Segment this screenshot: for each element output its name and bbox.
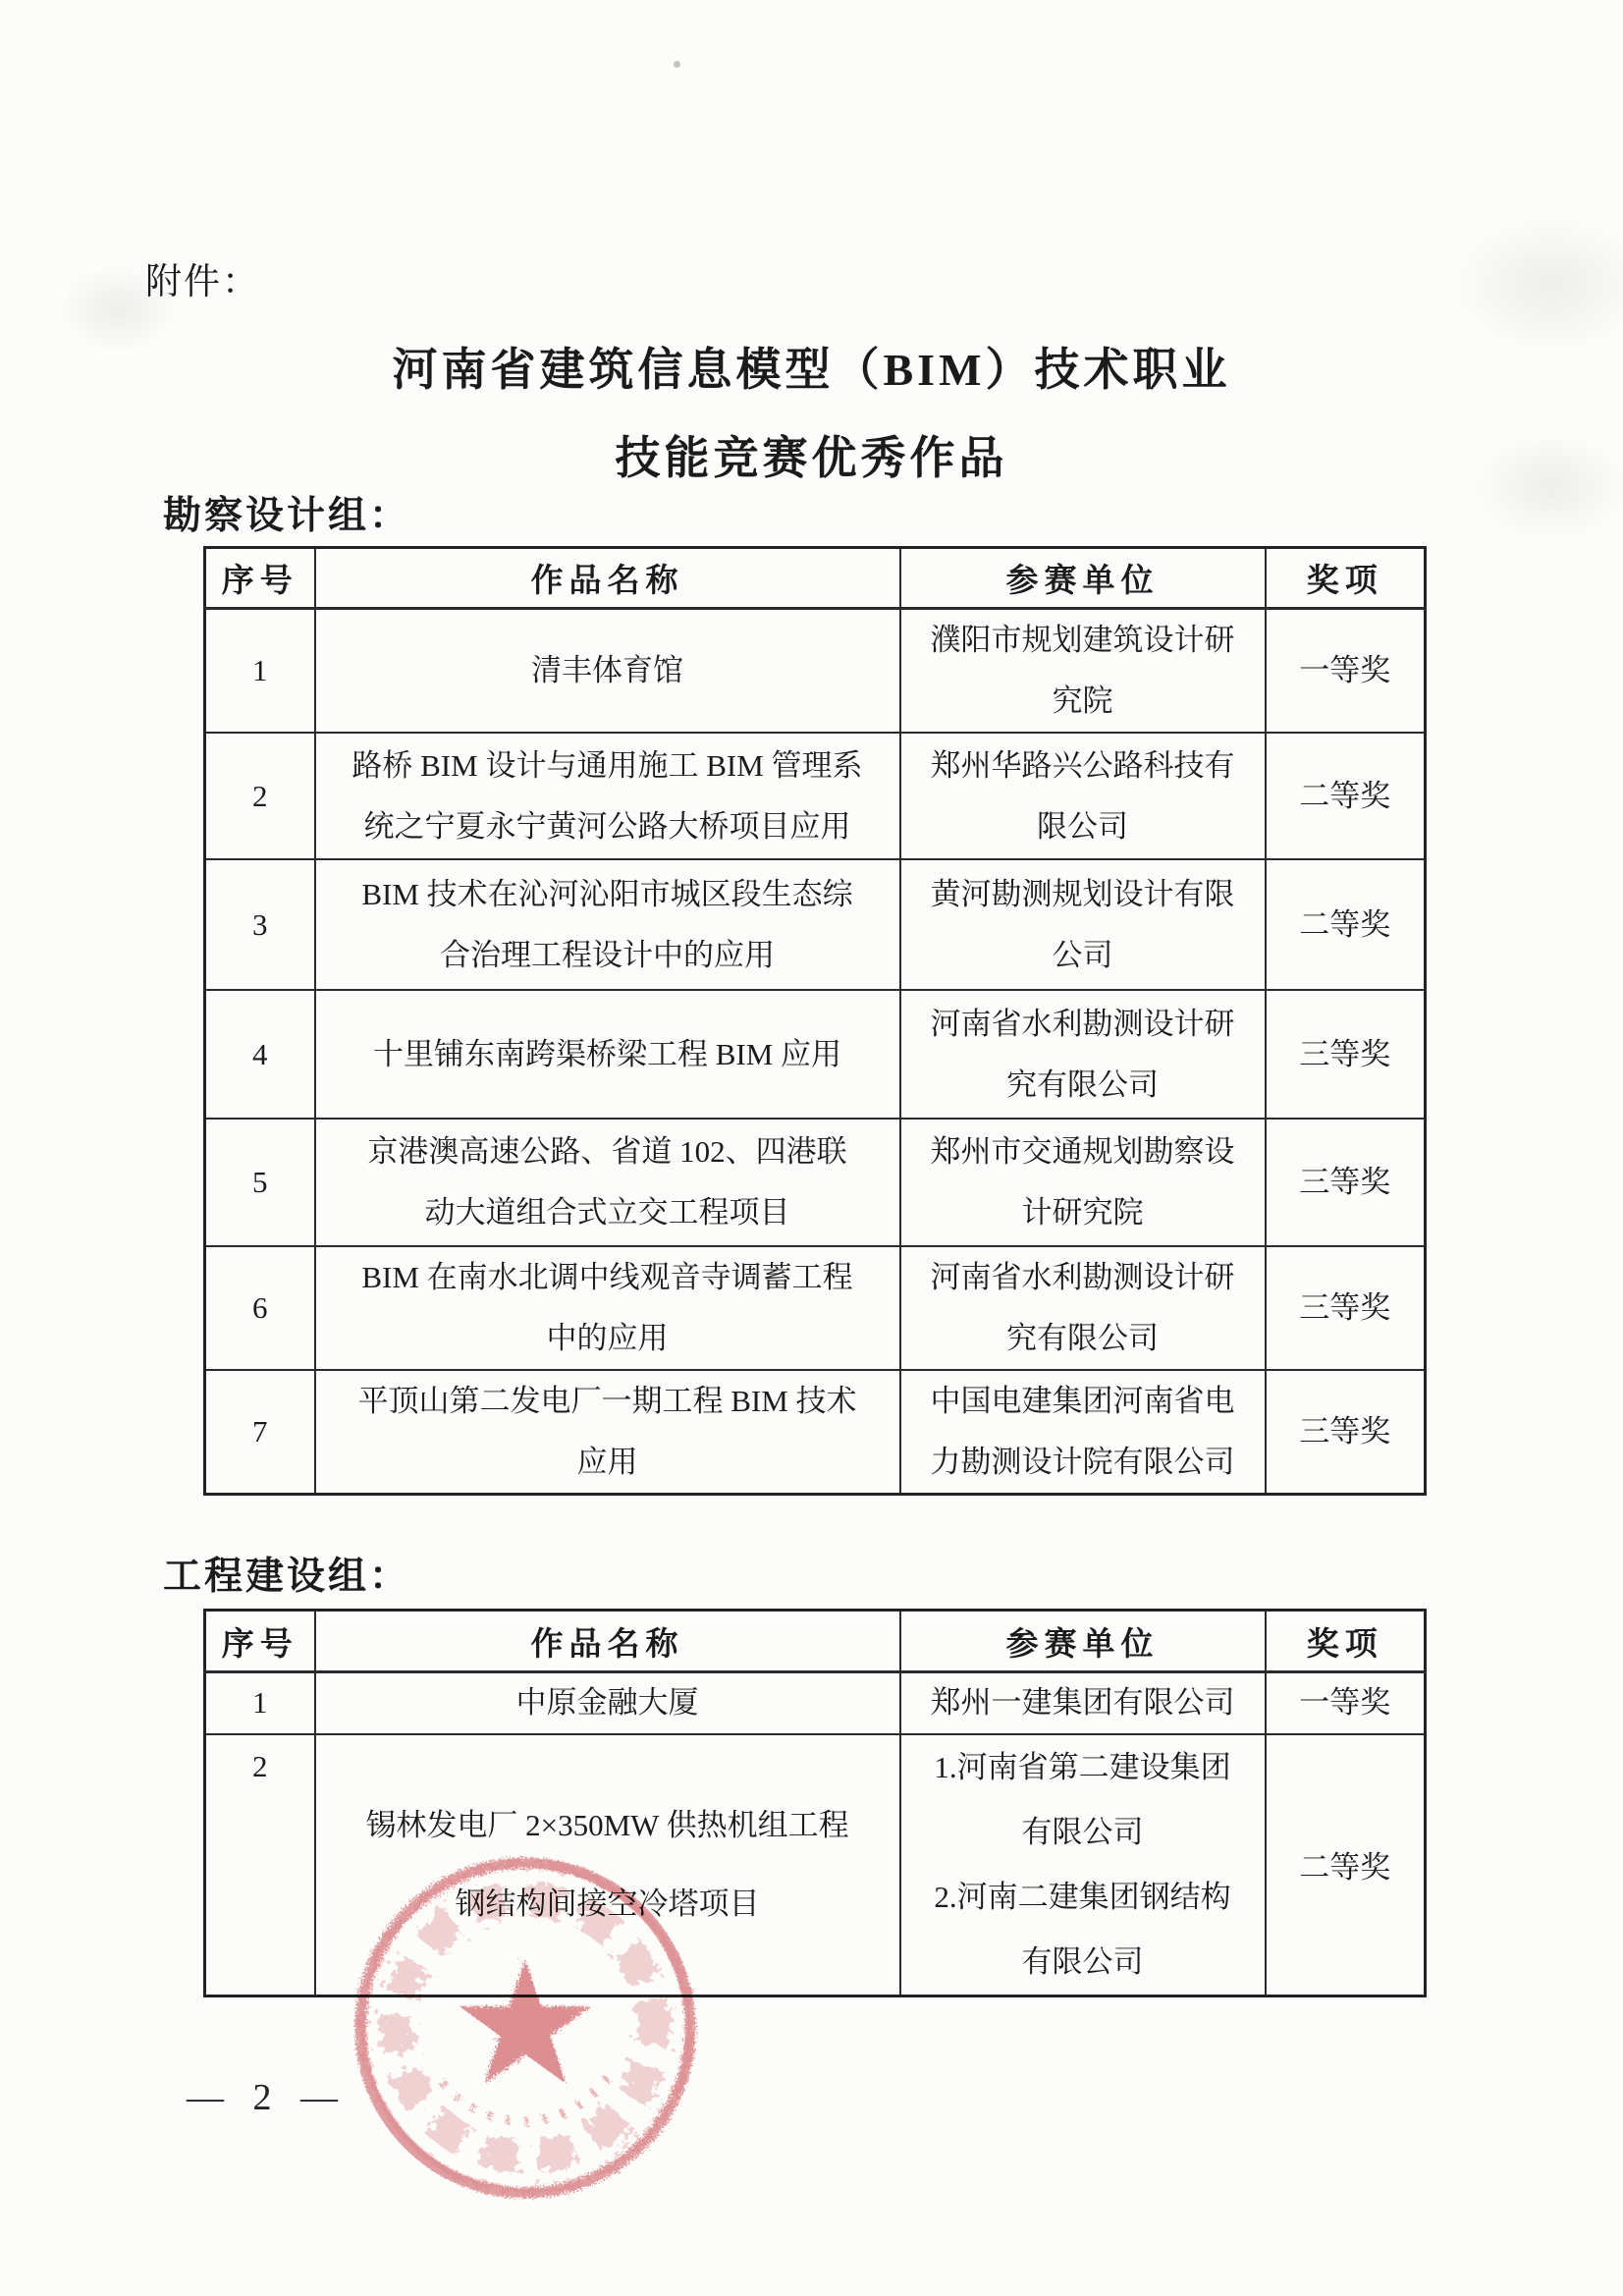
table-row: 6 BIM 在南水北调中线观音寺调蓄工程 中的应用 河南省水利勘测设计研 究有限… bbox=[205, 1246, 1426, 1370]
table-row: 1 中原金融大厦 郑州一建集团有限公司 一等奖 bbox=[205, 1672, 1426, 1734]
cell-work-name: BIM 在南水北调中线观音寺调蓄工程 中的应用 bbox=[315, 1246, 900, 1370]
table-row: 5 京港澳高速公路、省道 102、四港联 动大道组合式立交工程项目 郑州市交通规… bbox=[205, 1119, 1426, 1246]
cell-unit: 1.河南省第二建设集团 有限公司 2.河南二建集团钢结构 有限公司 bbox=[900, 1734, 1266, 1996]
col-header-work-name: 作品名称 bbox=[315, 1611, 900, 1672]
document-page: 附件： 河南省建筑信息模型（BIM）技术职业 技能竞赛优秀作品 勘察设计组： 序… bbox=[0, 0, 1623, 2296]
construction-awards-table: 序号 作品名称 参赛单位 奖项 1 中原金融大厦 郑州一建集团有限公司 一等奖 … bbox=[203, 1609, 1427, 1997]
table-header-row: 序号 作品名称 参赛单位 奖项 bbox=[205, 1611, 1426, 1672]
table-row: 4 十里铺东南跨渠桥梁工程 BIM 应用 河南省水利勘测设计研 究有限公司 三等… bbox=[205, 990, 1426, 1119]
cell-work-name: 平顶山第二发电厂一期工程 BIM 技术 应用 bbox=[315, 1370, 900, 1495]
cell-seq: 1 bbox=[205, 609, 315, 734]
cell-seq: 6 bbox=[205, 1246, 315, 1370]
survey-design-awards-table: 序号 作品名称 参赛单位 奖项 1 清丰体育馆 濮阳市规划建筑设计研 究院 一等… bbox=[203, 546, 1427, 1496]
attachment-label: 附件： bbox=[145, 251, 260, 304]
cell-unit: 黄河勘测规划设计有限 公司 bbox=[900, 859, 1266, 990]
cell-seq: 5 bbox=[205, 1119, 315, 1246]
cell-unit: 中国电建集团河南省电 力勘测设计院有限公司 bbox=[900, 1370, 1266, 1495]
col-header-award: 奖项 bbox=[1266, 548, 1426, 609]
cell-seq: 2 bbox=[205, 1734, 315, 1996]
cell-seq: 4 bbox=[205, 990, 315, 1119]
title-line-1: 河南省建筑信息模型（BIM）技术职业 bbox=[0, 326, 1623, 414]
cell-seq: 3 bbox=[205, 859, 315, 990]
col-header-award: 奖项 bbox=[1266, 1611, 1426, 1672]
cell-unit: 濮阳市规划建筑设计研 究院 bbox=[900, 609, 1266, 734]
cell-award: 三等奖 bbox=[1266, 990, 1426, 1119]
table-row: 2 路桥 BIM 设计与通用施工 BIM 管理系 统之宁夏永宁黄河公路大桥项目应… bbox=[205, 733, 1426, 859]
section-heading-survey-design-group: 勘察设计组： bbox=[163, 485, 410, 540]
cell-unit: 河南省水利勘测设计研 究有限公司 bbox=[900, 990, 1266, 1119]
col-header-unit: 参赛单位 bbox=[900, 548, 1266, 609]
table-header-row: 序号 作品名称 参赛单位 奖项 bbox=[205, 548, 1426, 609]
cell-seq: 2 bbox=[205, 733, 315, 859]
col-header-seq: 序号 bbox=[205, 548, 315, 609]
table-row: 2 锡林发电厂 2×350MW 供热机组工程 钢结构间接空冷塔项目 1.河南省第… bbox=[205, 1734, 1426, 1996]
cell-work-name: 路桥 BIM 设计与通用施工 BIM 管理系 统之宁夏永宁黄河公路大桥项目应用 bbox=[315, 733, 900, 859]
col-header-unit: 参赛单位 bbox=[900, 1611, 1266, 1672]
cell-award: 三等奖 bbox=[1266, 1246, 1426, 1370]
cell-work-name: 清丰体育馆 bbox=[315, 609, 900, 734]
cell-award: 一等奖 bbox=[1266, 609, 1426, 734]
table-row: 1 清丰体育馆 濮阳市规划建筑设计研 究院 一等奖 bbox=[205, 609, 1426, 734]
cell-seq: 7 bbox=[205, 1370, 315, 1495]
cell-unit: 河南省水利勘测设计研 究有限公司 bbox=[900, 1246, 1266, 1370]
cell-work-name: 中原金融大厦 bbox=[315, 1672, 900, 1734]
cell-award: 一等奖 bbox=[1266, 1672, 1426, 1734]
cell-award: 三等奖 bbox=[1266, 1370, 1426, 1495]
cell-unit: 郑州华路兴公路科技有 限公司 bbox=[900, 733, 1266, 859]
cell-work-name: 十里铺东南跨渠桥梁工程 BIM 应用 bbox=[315, 990, 900, 1119]
section-heading-construction-group: 工程建设组： bbox=[163, 1546, 410, 1601]
scan-speck bbox=[674, 61, 680, 68]
seal-serial-number-arc bbox=[443, 2077, 608, 2121]
cell-award: 二等奖 bbox=[1266, 859, 1426, 990]
col-header-work-name: 作品名称 bbox=[315, 548, 900, 609]
table-row: 3 BIM 技术在沁河沁阳市城区段生态综 合治理工程设计中的应用 黄河勘测规划设… bbox=[205, 859, 1426, 990]
cell-award: 二等奖 bbox=[1266, 1734, 1426, 1996]
cell-unit: 郑州一建集团有限公司 bbox=[900, 1672, 1266, 1734]
cell-work-name: 锡林发电厂 2×350MW 供热机组工程 钢结构间接空冷塔项目 bbox=[315, 1734, 900, 1996]
document-title: 河南省建筑信息模型（BIM）技术职业 技能竞赛优秀作品 bbox=[0, 326, 1623, 503]
page-number: — 2 — bbox=[187, 2076, 348, 2119]
table-row: 7 平顶山第二发电厂一期工程 BIM 技术 应用 中国电建集团河南省电 力勘测设… bbox=[205, 1370, 1426, 1495]
cell-work-name: BIM 技术在沁河沁阳市城区段生态综 合治理工程设计中的应用 bbox=[315, 859, 900, 990]
cell-unit: 郑州市交通规划勘察设 计研究院 bbox=[900, 1119, 1266, 1246]
cell-award: 二等奖 bbox=[1266, 733, 1426, 859]
cell-seq: 1 bbox=[205, 1672, 315, 1734]
cell-award: 三等奖 bbox=[1266, 1119, 1426, 1246]
cell-work-name: 京港澳高速公路、省道 102、四港联 动大道组合式立交工程项目 bbox=[315, 1119, 900, 1246]
col-header-seq: 序号 bbox=[205, 1611, 315, 1672]
